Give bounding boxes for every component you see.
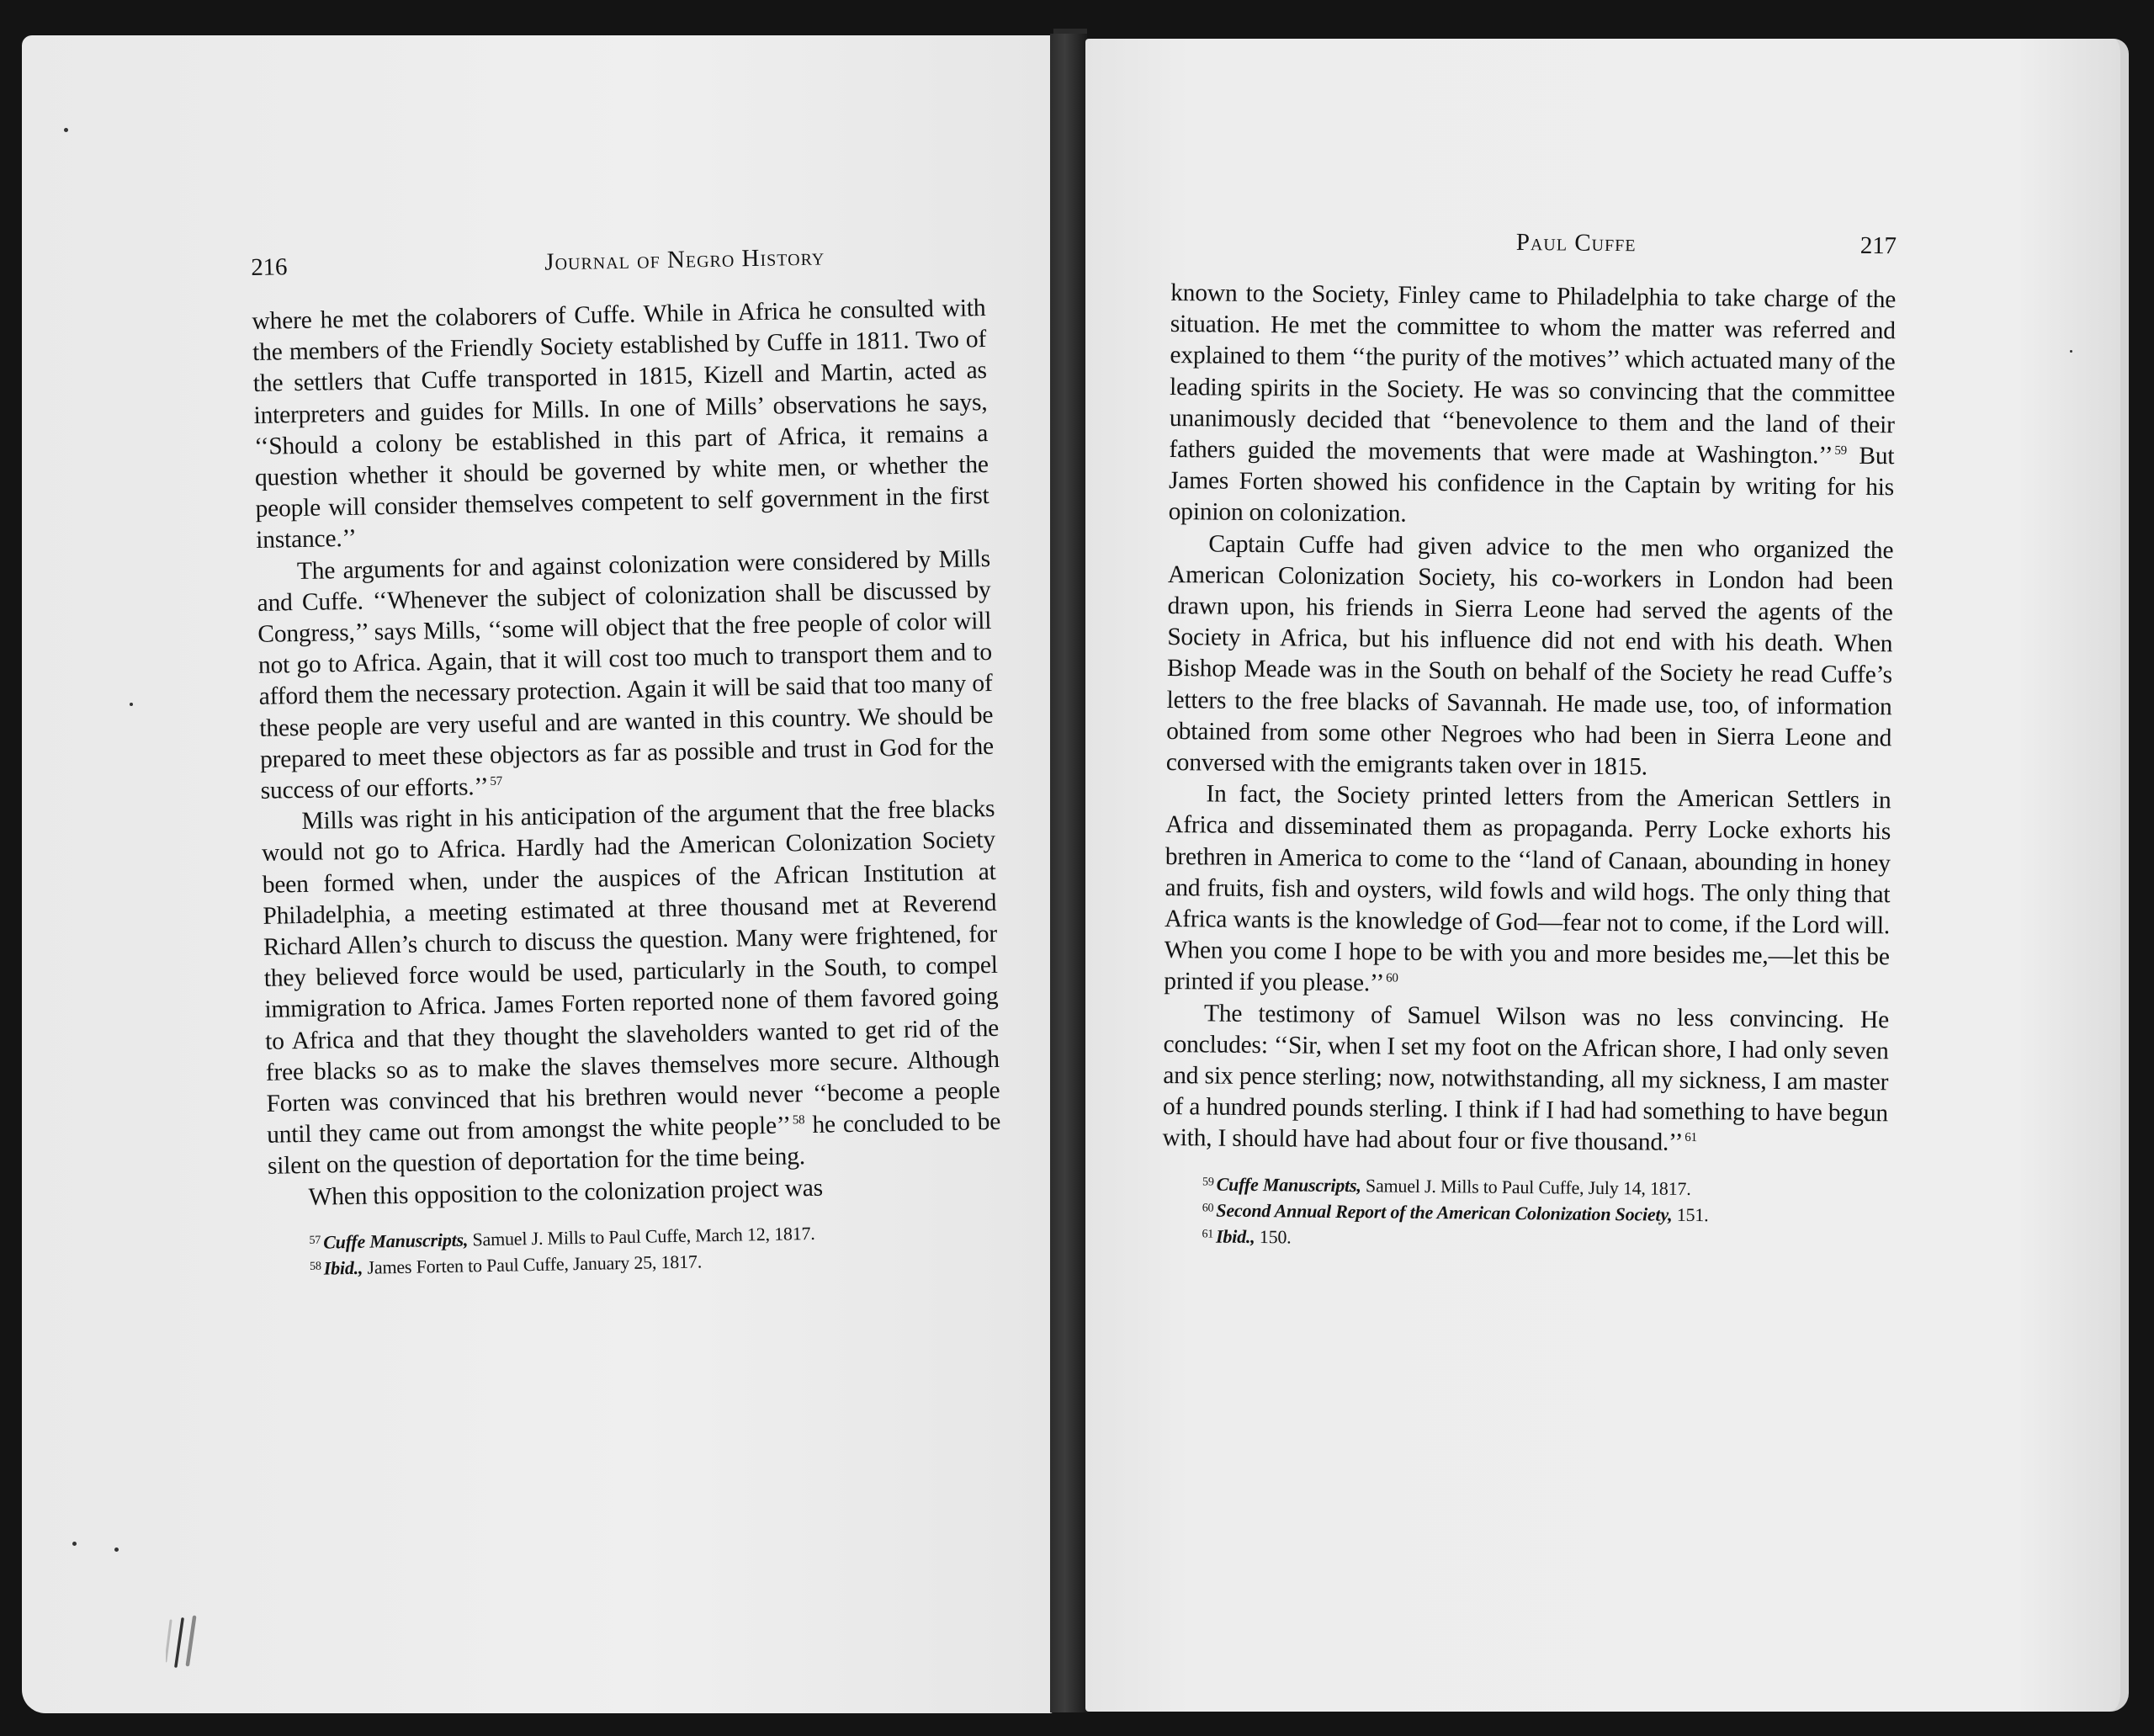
footnote-number: 57 bbox=[309, 1234, 323, 1247]
footnote-text: Samuel J. Mills to Paul Cuffe, July 14, … bbox=[1361, 1175, 1691, 1199]
right-running-head: Paul Cuffe 217 bbox=[1171, 224, 1897, 264]
paragraph-text: The testimony of Samuel Wilson was no le… bbox=[1162, 1000, 1889, 1156]
paragraph-text: In fact, the Society printed letters fro… bbox=[1164, 781, 1891, 997]
paragraph: In fact, the Society printed letters fro… bbox=[1164, 778, 1891, 1005]
pencil-margin-mark-icon bbox=[166, 1614, 199, 1670]
footnote-reference[interactable]: 60 bbox=[1384, 972, 1398, 985]
page-number: 216 bbox=[251, 252, 288, 284]
dust-speck bbox=[64, 128, 68, 132]
book-spine bbox=[1050, 34, 1087, 1712]
dust-speck bbox=[114, 1548, 119, 1552]
dust-speck bbox=[2070, 350, 2072, 353]
right-page-text-column: Paul Cuffe 217 known to the Society, Fin… bbox=[1161, 224, 1897, 1255]
paragraph: where he met the colaborers of Cuffe. Wh… bbox=[252, 293, 989, 557]
footnote-reference[interactable]: 58 bbox=[791, 1113, 805, 1127]
footnote-reference[interactable]: 59 bbox=[1833, 444, 1847, 458]
paragraph-text: where he met the colaborers of Cuffe. Wh… bbox=[252, 295, 989, 554]
paragraph: The testimony of Samuel Wilson was no le… bbox=[1162, 998, 1889, 1161]
footnote-source-title: Cuffe Manuscripts, bbox=[323, 1229, 468, 1252]
footnote-reference[interactable]: 57 bbox=[488, 775, 502, 788]
footnote-source-title: Cuffe Manuscripts, bbox=[1217, 1173, 1361, 1196]
dust-speck bbox=[72, 1542, 77, 1546]
footnote-number: 59 bbox=[1202, 1176, 1217, 1188]
footnote-text: 150. bbox=[1255, 1226, 1291, 1247]
footnote-text: James Forten to Paul Cuffe, January 25, … bbox=[363, 1250, 702, 1277]
footnote-source-title: Ibid., bbox=[1216, 1225, 1255, 1246]
footnote-text: Samuel J. Mills to Paul Cuffe, March 12,… bbox=[468, 1223, 815, 1250]
paragraph: Captain Cuffe had given advice to the me… bbox=[1166, 528, 1894, 786]
footnote-number: 60 bbox=[1202, 1202, 1217, 1214]
right-footnotes: 59Cuffe Manuscripts, Samuel J. Mills to … bbox=[1161, 1170, 1887, 1255]
footnote-source-title: Second Annual Report of the American Col… bbox=[1216, 1199, 1672, 1224]
footnote-text: 151. bbox=[1672, 1203, 1708, 1224]
footnote-number: 61 bbox=[1202, 1228, 1216, 1240]
paragraph-text: Mills was right in his anticipation of t… bbox=[262, 795, 1000, 1149]
paragraph: known to the Society, Finley came to Phi… bbox=[1169, 278, 1897, 535]
left-page-text-column: 216 Journal of Negro History where he me… bbox=[251, 239, 1003, 1282]
page-number: 217 bbox=[1860, 231, 1897, 263]
footnote-reference[interactable]: 61 bbox=[1683, 1131, 1697, 1144]
dust-speck bbox=[130, 703, 133, 706]
paragraph: The arguments for and against colonizati… bbox=[257, 544, 995, 808]
running-head-title: Paul Cuffe bbox=[1516, 227, 1637, 260]
paragraph-text: known to the Society, Finley came to Phi… bbox=[1169, 279, 1896, 470]
paragraph-text: The arguments for and against colonizati… bbox=[257, 545, 994, 804]
paragraph: Mills was right in his anticipation of t… bbox=[261, 794, 1001, 1182]
running-head-title: Journal of Negro History bbox=[544, 242, 825, 279]
footnote-source-title: Ibid., bbox=[324, 1257, 363, 1279]
footnote-number: 58 bbox=[310, 1261, 324, 1273]
paragraph-text: Captain Cuffe had given advice to the me… bbox=[1166, 530, 1894, 780]
